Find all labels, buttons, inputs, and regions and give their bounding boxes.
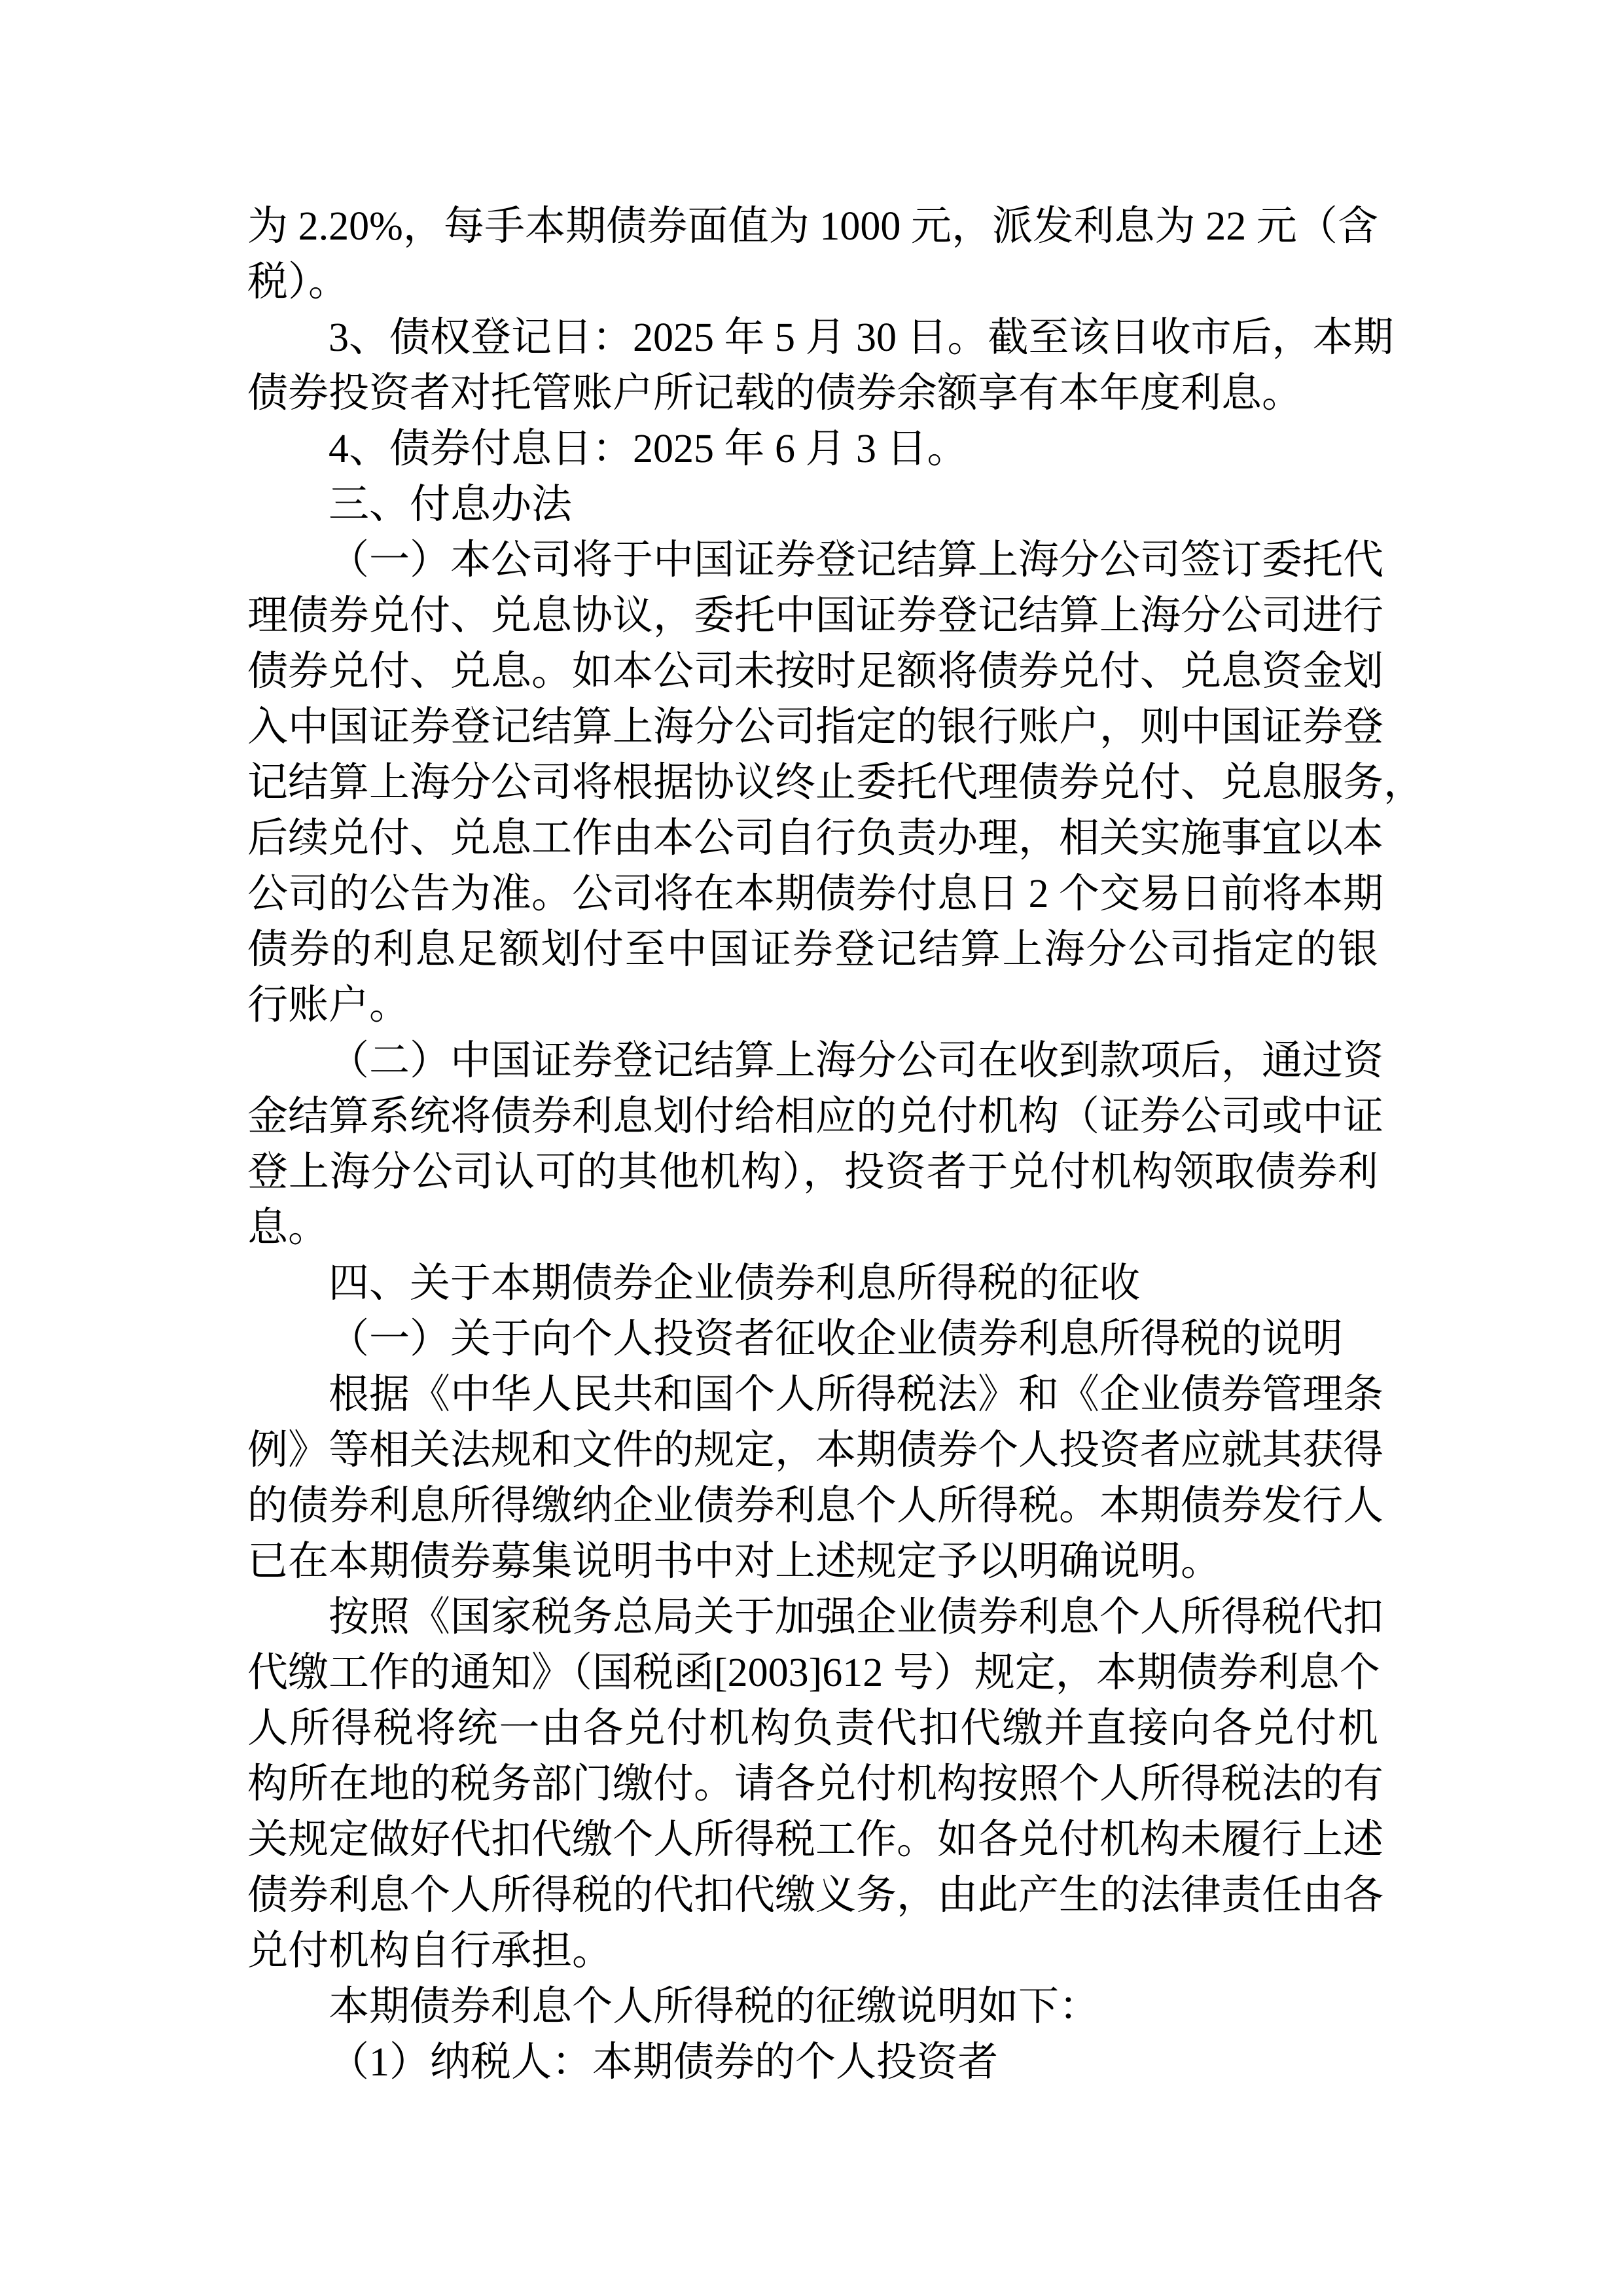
section-heading: （一）关于向个人投资者征收企业债券利息所得税的说明 <box>247 1312 1378 1367</box>
text-line: 公司的公告为准。公司将在本期债券付息日 2 个交易日前将本期 <box>247 867 1378 922</box>
text-line: 债券投资者对托管账户所记载的债券余额享有本年度利息。 <box>247 366 1378 422</box>
text-line: 入中国证券登记结算上海分公司指定的银行账户，则中国证券登 <box>247 700 1378 755</box>
text-line: 息。 <box>247 1200 1378 1256</box>
text-line: 已在本期债券募集说明书中对上述规定予以明确说明。 <box>247 1534 1378 1590</box>
text-line: （1）纳税人：本期债券的个人投资者 <box>247 2035 1378 2090</box>
text-line: 关规定做好代扣代缴个人所得税工作。如各兑付机构未履行上述 <box>247 1812 1378 1868</box>
text-line: 登上海分公司认可的其他机构），投资者于兑付机构领取债券利 <box>247 1145 1378 1200</box>
text-line: 债券的利息足额划付至中国证券登记结算上海分公司指定的银 <box>247 922 1378 978</box>
text-line: 税）。 <box>247 255 1378 310</box>
text-line: 代缴工作的通知》（国税函[2003]612 号）规定，本期债券利息个 <box>247 1645 1378 1701</box>
text-line: 例》等相关法规和文件的规定，本期债券个人投资者应就其获得 <box>247 1423 1378 1479</box>
text-line: （一）本公司将于中国证券登记结算上海分公司签订委托代 <box>247 533 1378 588</box>
text-line: 行账户。 <box>247 978 1378 1033</box>
text-line: 理债券兑付、兑息协议，委托中国证券登记结算上海分公司进行 <box>247 588 1378 644</box>
text-line: 债券利息个人所得税的代扣代缴义务，由此产生的法律责任由各 <box>247 1868 1378 1924</box>
section-heading: 三、付息办法 <box>247 477 1378 533</box>
text-line: 债券兑付、兑息。如本公司未按时足额将债券兑付、兑息资金划 <box>247 644 1378 700</box>
text-line: 本期债券利息个人所得税的征缴说明如下： <box>247 1979 1378 2035</box>
document-page: 为 2.20%，每手本期债券面值为 1000 元，派发利息为 22 元（含 税）… <box>0 0 1623 2296</box>
text-line: 根据《中华人民共和国个人所得税法》和《企业债券管理条 <box>247 1367 1378 1423</box>
text-line: 构所在地的税务部门缴付。请各兑付机构按照个人所得税法的有 <box>247 1757 1378 1812</box>
text-line: 4、债券付息日：2025 年 6 月 3 日。 <box>247 422 1378 477</box>
text-line: 后续兑付、兑息工作由本公司自行负责办理，相关实施事宜以本 <box>247 811 1378 867</box>
text-line: 3、债权登记日：2025 年 5 月 30 日。截至该日收市后，本期 <box>247 310 1378 366</box>
text-line: 为 2.20%，每手本期债券面值为 1000 元，派发利息为 22 元（含 <box>247 199 1378 255</box>
section-heading: 四、关于本期债券企业债券利息所得税的征收 <box>247 1256 1378 1312</box>
text-line: 的债券利息所得缴纳企业债券利息个人所得税。本期债券发行人 <box>247 1479 1378 1534</box>
text-line: 人所得税将统一由各兑付机构负责代扣代缴并直接向各兑付机 <box>247 1701 1378 1757</box>
text-line: 兑付机构自行承担。 <box>247 1924 1378 1979</box>
text-line: 金结算系统将债券利息划付给相应的兑付机构（证券公司或中证 <box>247 1089 1378 1145</box>
text-line: 按照《国家税务总局关于加强企业债券利息个人所得税代扣 <box>247 1590 1378 1645</box>
document-body: 为 2.20%，每手本期债券面值为 1000 元，派发利息为 22 元（含 税）… <box>247 199 1378 2090</box>
text-line: （二）中国证券登记结算上海分公司在收到款项后，通过资 <box>247 1033 1378 1089</box>
text-line: 记结算上海分公司将根据协议终止委托代理债券兑付、兑息服务， <box>247 755 1378 811</box>
